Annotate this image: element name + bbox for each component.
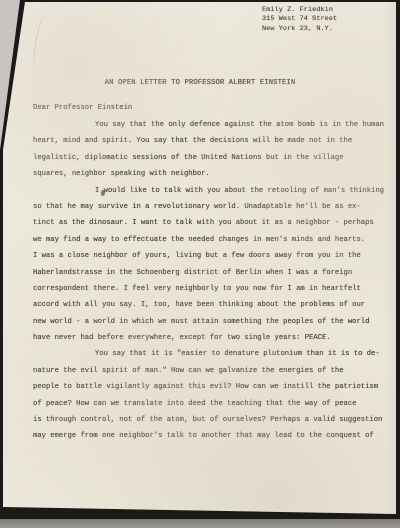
letter-line: squares, neighbor speaking with neighbor…	[33, 166, 389, 182]
letter-line: correspondent there. I feel very neighbo…	[33, 281, 389, 297]
letter-line: people to battle vigilantly against this…	[33, 379, 389, 395]
scanned-letter-page: { "scan": { "background_color": "#1b1a17…	[0, 0, 400, 528]
letterhead-line: New York 23, N.Y.	[262, 25, 337, 34]
letterhead-address: Emily Z. Friedkin315 West 74 StreetNew Y…	[262, 6, 337, 34]
letter-line: may emerge from one neighbor's talk to a…	[33, 428, 389, 444]
letter-line: I would like to talk with you about the …	[33, 183, 389, 199]
letter-line: legalistic, diplomatic sessions of the U…	[33, 150, 389, 166]
letter-line: so that he may survive in a revolutionar…	[33, 199, 389, 215]
letter-line: You say that it is "easier to denature p…	[33, 346, 389, 362]
scan-bottom-edge	[0, 519, 400, 528]
letter-line: have never had before everywhere, except…	[33, 330, 389, 346]
salutation: Dear Professor Einstein	[33, 104, 132, 112]
letter-line: we may find a way to effectuate the need…	[33, 232, 389, 248]
letter-body: You say that the only defence against th…	[33, 117, 389, 445]
letter-paper: Emily Z. Friedkin315 West 74 StreetNew Y…	[0, 0, 400, 528]
letter-line: nature the evil spirit of man." How can …	[33, 363, 389, 379]
letterhead-line: 315 West 74 Street	[262, 15, 337, 24]
paper-crease	[32, 16, 47, 63]
letter-title: AN OPEN LETTER TO PROFESSOR ALBERT EINST…	[0, 79, 400, 87]
letterhead-line: Emily Z. Friedkin	[262, 6, 337, 15]
letter-line: of peace? How can we translate into deed…	[33, 396, 389, 412]
letter-line: is through control, not of the atom, but…	[33, 412, 389, 428]
letter-line: I was a close neighbor of yours, living …	[33, 248, 389, 264]
letter-line: tinct as the dinosaur. I want to talk wi…	[33, 215, 389, 231]
letter-line: Haberlandstrasse in the Schoenberg distr…	[33, 265, 389, 281]
letter-line: new world - a world in which we must att…	[33, 314, 389, 330]
letter-line: heart, mind and spirit. You say that the…	[33, 133, 389, 149]
letter-line: You say that the only defence against th…	[33, 117, 389, 133]
letter-line: accord with all you say. I, too, have be…	[33, 297, 389, 313]
